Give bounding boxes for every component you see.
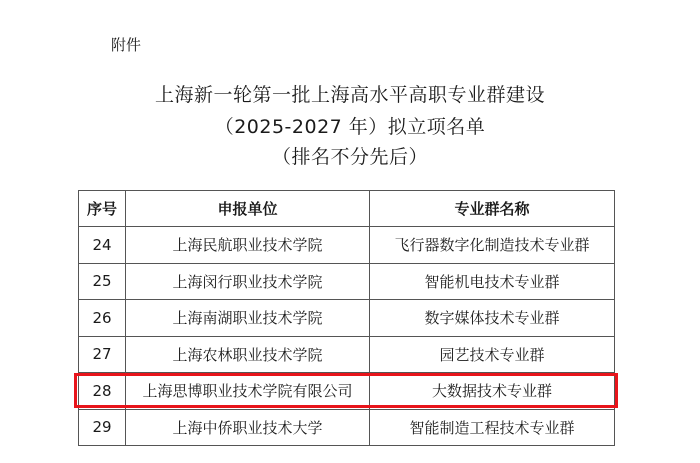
header-applicant-unit: 申报单位 xyxy=(126,191,370,227)
document-title-note: （排名不分先后） xyxy=(0,142,700,169)
header-professional-group: 专业群名称 xyxy=(370,191,615,227)
table-row: 29 上海中侨职业技术大学 智能制造工程技术专业群 xyxy=(79,409,615,446)
cell-applicant-unit: 上海农林职业技术学院 xyxy=(126,336,370,373)
cell-serial-number: 26 xyxy=(79,300,126,337)
cell-professional-group: 园艺技术专业群 xyxy=(370,336,615,373)
cell-applicant-unit: 上海民航职业技术学院 xyxy=(126,227,370,264)
project-list-table: 序号 申报单位 专业群名称 24 上海民航职业技术学院 飞行器数字化制造技术专业… xyxy=(78,190,615,446)
cell-serial-number: 29 xyxy=(79,409,126,446)
header-serial-number: 序号 xyxy=(79,191,126,227)
cell-serial-number: 25 xyxy=(79,263,126,300)
cell-applicant-unit: 上海闵行职业技术学院 xyxy=(126,263,370,300)
document-title-line2: （2025-2027 年）拟立项名单 xyxy=(0,112,700,139)
table-row: 26 上海南湖职业技术学院 数字媒体技术专业群 xyxy=(79,300,615,337)
cell-applicant-unit: 上海南湖职业技术学院 xyxy=(126,300,370,337)
cell-serial-number: 27 xyxy=(79,336,126,373)
table-row: 25 上海闵行职业技术学院 智能机电技术专业群 xyxy=(79,263,615,300)
cell-professional-group: 大数据技术专业群 xyxy=(370,373,615,410)
cell-professional-group: 飞行器数字化制造技术专业群 xyxy=(370,227,615,264)
cell-serial-number: 28 xyxy=(79,373,126,410)
table-row-highlighted: 28 上海思博职业技术学院有限公司 大数据技术专业群 xyxy=(79,373,615,410)
table-row: 24 上海民航职业技术学院 飞行器数字化制造技术专业群 xyxy=(79,227,615,264)
cell-professional-group: 智能机电技术专业群 xyxy=(370,263,615,300)
table-header-row: 序号 申报单位 专业群名称 xyxy=(79,191,615,227)
document-title-line1: 上海新一轮第一批上海高水平高职专业群建设 xyxy=(0,80,700,107)
cell-applicant-unit: 上海思博职业技术学院有限公司 xyxy=(126,373,370,410)
cell-professional-group: 智能制造工程技术专业群 xyxy=(370,409,615,446)
attachment-label: 附件 xyxy=(111,34,141,55)
cell-serial-number: 24 xyxy=(79,227,126,264)
table-row: 27 上海农林职业技术学院 园艺技术专业群 xyxy=(79,336,615,373)
cell-applicant-unit: 上海中侨职业技术大学 xyxy=(126,409,370,446)
cell-professional-group: 数字媒体技术专业群 xyxy=(370,300,615,337)
